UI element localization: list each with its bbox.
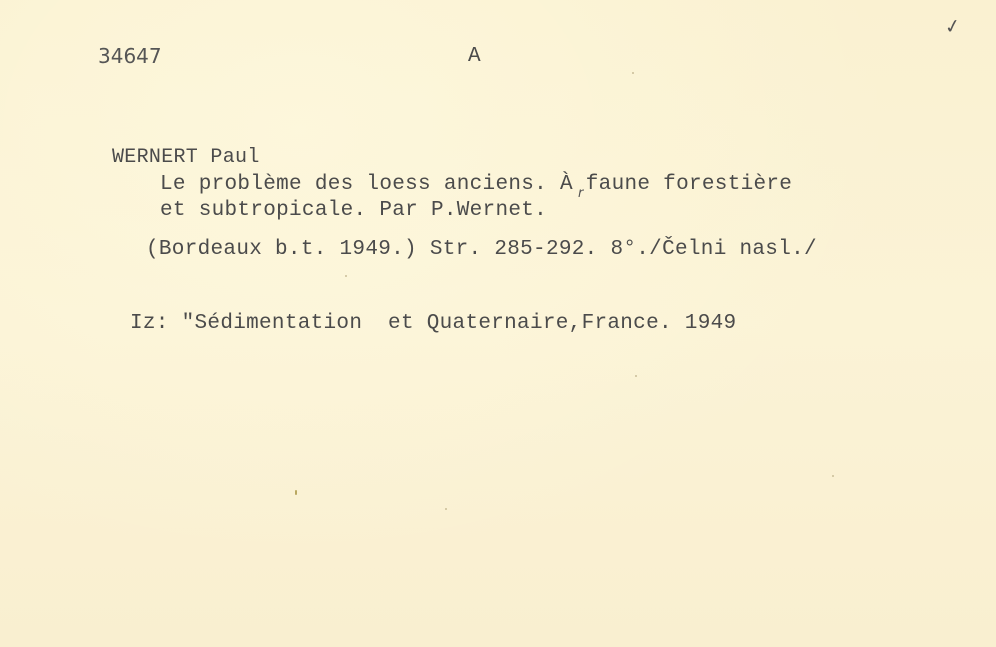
handwritten-correction: r [578, 186, 583, 201]
paper-speck [632, 72, 634, 74]
check-mark-icon: ✓ [944, 13, 962, 41]
title-line-2: et subtropicale. Par P.Wernet. [160, 199, 547, 222]
category-letter: A [468, 45, 481, 68]
title-line-1: Le problème des loess anciens. À faune f… [160, 173, 792, 196]
catalog-number: 34647 [98, 44, 162, 68]
paper-speck [635, 375, 637, 377]
paper-speck [345, 275, 347, 277]
paper-speck [832, 475, 834, 477]
author-name: WERNERT Paul [112, 146, 260, 169]
paper-speck [445, 508, 447, 510]
source-line: Iz: "Sédimentation et Quaternaire,France… [130, 312, 736, 335]
paper-speck [295, 490, 297, 495]
publication-line: (Bordeaux b.t. 1949.) Str. 285-292. 8°./… [146, 238, 817, 261]
catalog-card: 34647 A ✓ WERNERT Paul Le problème des l… [0, 0, 996, 647]
